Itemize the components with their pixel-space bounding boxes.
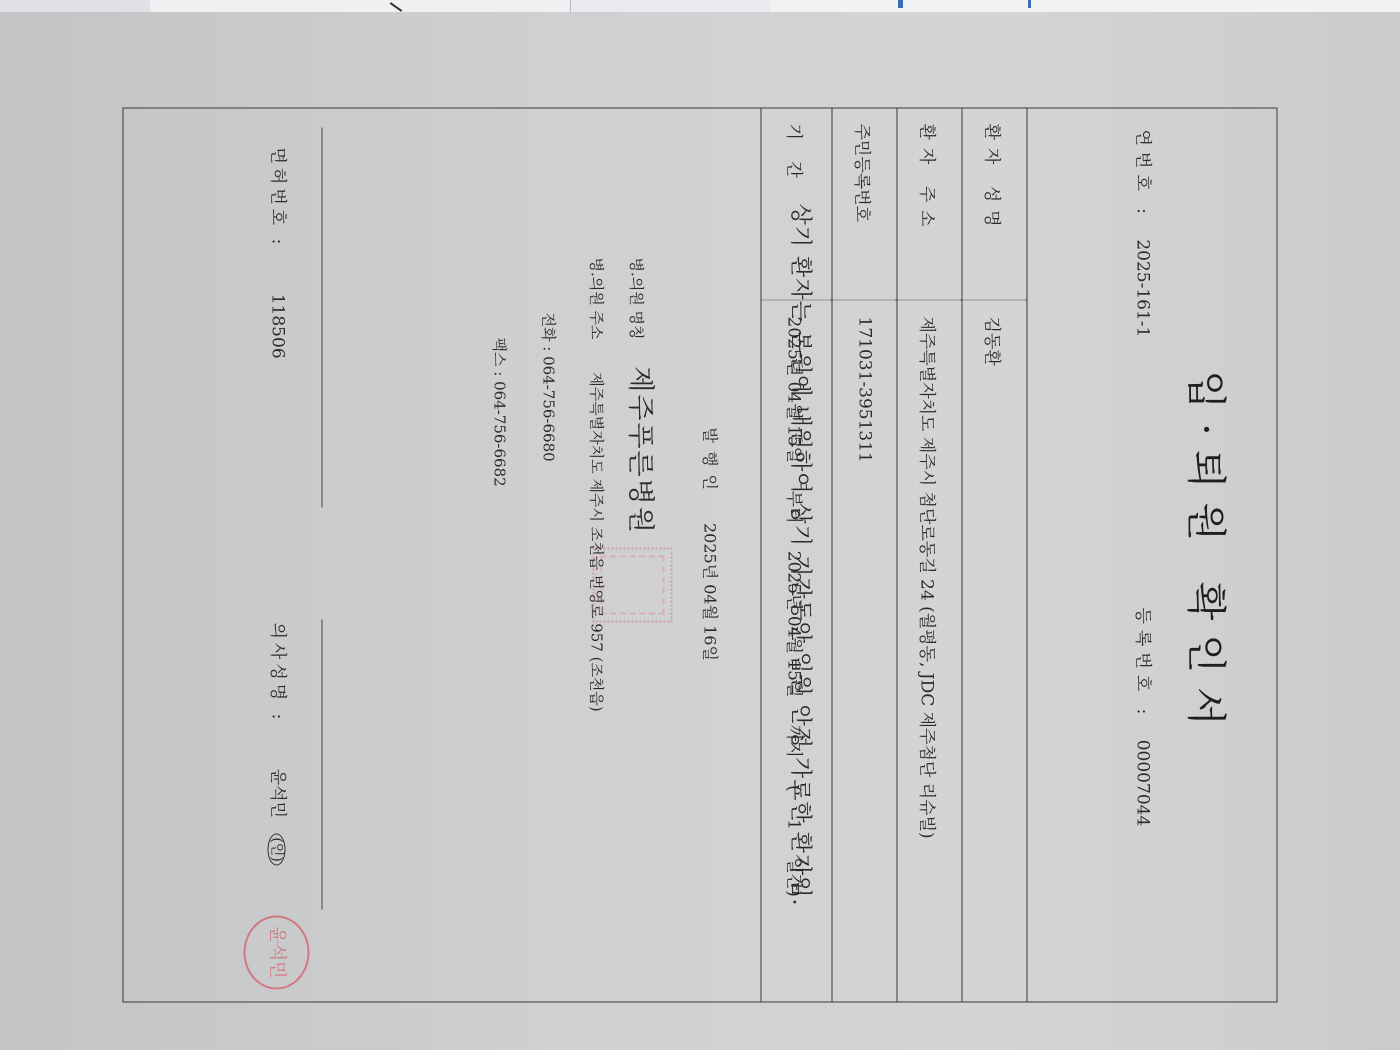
doctor-name-label: 의사성명 : — [268, 623, 288, 724]
hospital-address-line: 병.의원 주소 제주특별자치도 제주시 조천읍 번영로 957 (조천읍) — [587, 258, 608, 712]
serial-number-value: 2025-161-1 — [1133, 239, 1153, 337]
hospital-phone-label: 전화 : — [540, 313, 558, 352]
license-number: 118506 — [268, 294, 288, 359]
hospital-address-label: 병.의원 주소 — [588, 258, 606, 340]
field-label: 주민등록번호 — [832, 108, 897, 301]
issuer-label: 발행인 — [701, 428, 720, 498]
background-sheet — [770, 0, 1400, 12]
license-number-label: 면허번호 : — [268, 148, 288, 249]
hospital-phone-line: 전화 : 064-756-6680 — [539, 313, 560, 462]
serial-number-label: 연번호 : — [1133, 130, 1153, 220]
patient-address: 제주특별자치도 제주시 첨단로동길 24 (월평동, JDC 제주첨단 리슈빌) — [897, 300, 962, 1003]
document-title: 입·퇴원 확인서 — [1181, 108, 1238, 1003]
hospital-name-label: 병.의원 명칭 — [628, 258, 646, 340]
registration-number: 등록번호 : 00007044 — [1133, 608, 1158, 827]
hospital-fax-line: 팩스 : 064-756-6682 — [490, 338, 511, 487]
patient-name: 김동환 — [962, 300, 1027, 1003]
background-mark — [1028, 0, 1031, 8]
doctor-seal-stamp: 윤석민 — [244, 916, 310, 990]
doctor-divider — [322, 620, 323, 910]
license-divider — [322, 128, 323, 508]
table-row: 환자 주소 제주특별자치도 제주시 첨단로동길 24 (월평동, JDC 제주첨… — [897, 108, 962, 1003]
resident-registration-number: 171031-3951311 — [832, 300, 897, 1003]
hospital-fax-label: 팩스 : — [491, 338, 509, 377]
doctor-name-line: 의사성명 : 윤석민 (인) — [268, 623, 293, 866]
seal-placeholder: (인) — [268, 833, 286, 865]
hospital-address: 제주특별자치도 제주시 조천읍 번영로 957 (조천읍) — [588, 372, 606, 712]
hospital-name-line: 병.의원 명칭 제주푸른병원 — [624, 258, 663, 535]
license-number-line: 면허번호 : 118506 — [268, 148, 293, 359]
field-label: 환자 주소 — [897, 108, 962, 301]
registration-number-label: 등록번호 : — [1133, 608, 1153, 721]
table-row: 환자 성명 김동환 — [962, 108, 1027, 1003]
doctor-name: 윤석민 — [268, 769, 288, 818]
hospital-fax: 064-756-6682 — [491, 381, 509, 487]
background-mark — [898, 0, 903, 8]
admission-discharge-certificate: 입·퇴원 확인서 연번호 : 2025-161-1 등록번호 : 0000704… — [123, 108, 1278, 1003]
serial-number: 연번호 : 2025-161-1 — [1133, 130, 1158, 338]
registration-number-value: 00007044 — [1133, 740, 1153, 827]
hospital-phone: 064-756-6680 — [540, 356, 558, 462]
issue-info: 발행인 2025년 04월 16일 — [700, 428, 723, 661]
field-label: 환자 성명 — [962, 108, 1027, 301]
hospital-name: 제주푸른병원 — [625, 366, 656, 535]
certification-statement: 상기 환자는 본원에 내원하여 상기 기간동안 입원 안정 가료한 환자임. — [787, 108, 818, 1003]
paper-sheet: 입·퇴원 확인서 연번호 : 2025-161-1 등록번호 : 0000704… — [0, 12, 1400, 1050]
table-row: 주민등록번호 171031-3951311 — [832, 108, 897, 1003]
issue-date: 2025년 04월 16일 — [701, 523, 720, 661]
